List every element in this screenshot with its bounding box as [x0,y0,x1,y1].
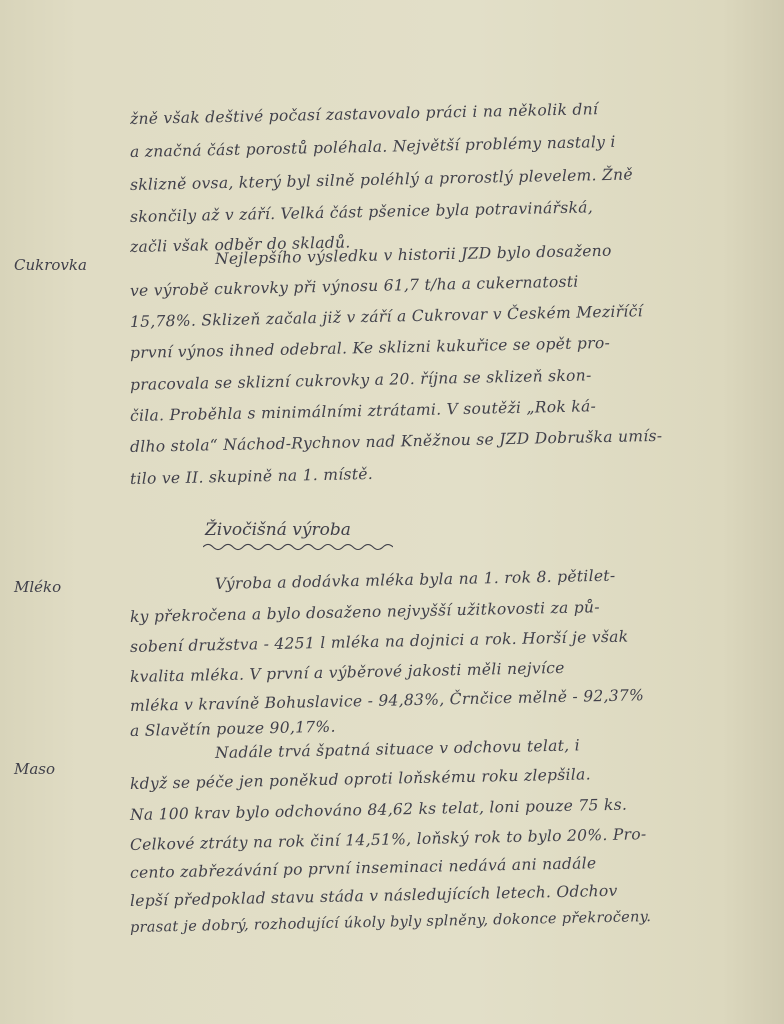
text-line: když se péče jen poněkud oproti loňskému… [130,765,591,793]
text-line: lepší předpoklad stavu stáda v následují… [130,882,618,910]
text-line: a Slavětín pouze 90,17%. [130,718,336,740]
wavy-underline-icon [203,542,393,552]
text-line: cento zabřezávání po první inseminaci ne… [130,854,597,882]
text-line: ve výrobě cukrovky při výnosu 61,7 t/ha … [130,273,579,300]
text-line: sobení družstva - 4251 l mléka na dojnic… [130,628,629,656]
document-page: žně však deštivé počasí zastavovalo prác… [0,0,784,1024]
margin-note-maso: Maso [14,760,55,778]
text-line: žně však deštivé počasí zastavovalo prác… [130,100,599,128]
text-line: pracovala se sklizní cukrovky a 20. říjn… [130,366,592,394]
text-line: 15,78%. Sklizeň začala již v září a Cukr… [130,302,643,331]
text-line: první výnos ihned odebral. Ke sklizni ku… [130,334,610,362]
text-line: kvalita mléka. V první a výběrové jakost… [130,659,565,686]
text-line: dlho stola“ Náchod-Rychnov nad Kněžnou s… [130,427,663,456]
text-line: Celkové ztráty na rok činí 14,51%, loňsk… [130,825,647,854]
text-line: skončily až v září. Velká část pšenice b… [130,198,593,226]
margin-note-mleko: Mléko [14,578,61,596]
text-line: ky překročena a bylo dosaženo nejvyšší u… [130,598,600,626]
margin-note-cukrovka: Cukrovka [14,256,87,274]
text-line: Nadále trvá špatná situace v odchovu tel… [215,736,580,762]
text-line: tilo ve II. skupině na 1. místě. [130,465,373,488]
section-heading: Živočišná výroba [205,520,351,540]
text-line: Na 100 krav bylo odchováno 84,62 ks tela… [130,796,627,824]
text-line: mléka v kravíně Bohuslavice - 94,83%, Čr… [130,686,644,715]
text-line: Výroba a dodávka mléka byla na 1. rok 8.… [215,567,616,593]
text-line: čila. Proběhla s minimálními ztrátami. V… [130,397,596,425]
text-line: sklizně ovsa, který byl silně poléhlý a … [130,165,633,194]
text-line: prasat je dobrý, rozhodující úkoly byly … [130,909,652,936]
section-heading-text: Živočišná výroba [205,520,351,540]
text-line: a značná část porostů poléhala. Největší… [130,133,616,161]
